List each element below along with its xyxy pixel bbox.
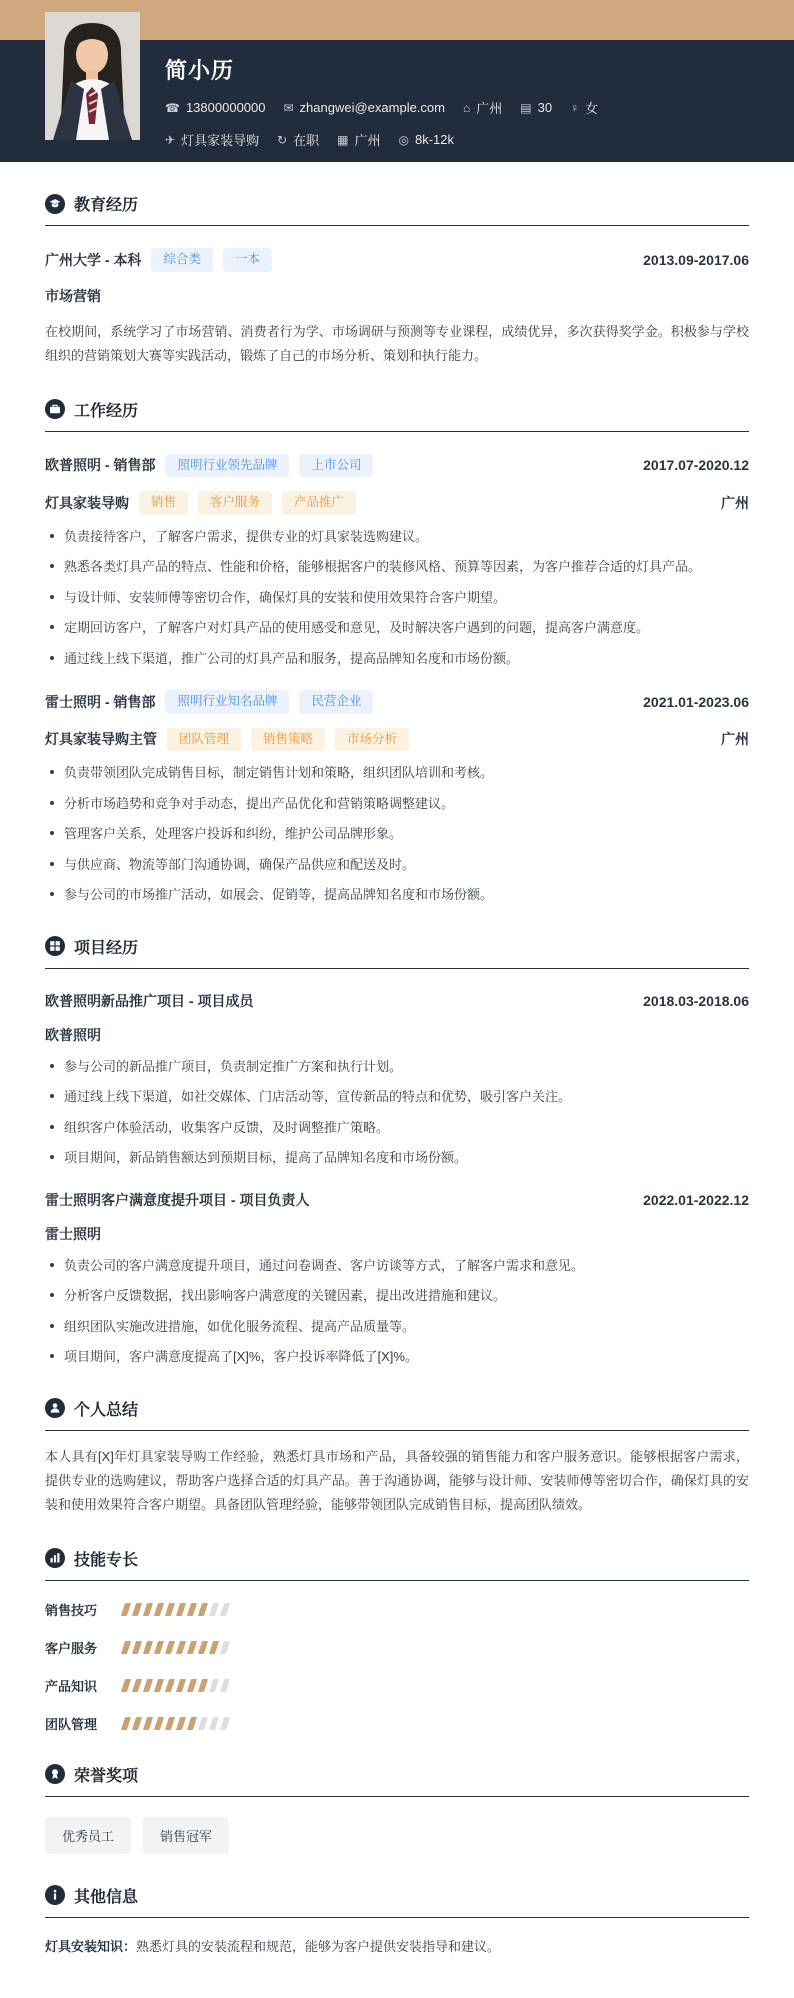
skill-segment	[209, 1603, 219, 1616]
education-section-header: 教育经历	[45, 192, 749, 226]
contact-gender: ♀ 女	[570, 98, 598, 117]
skill-segment	[154, 1717, 164, 1730]
section-education: 教育经历 广州大学 - 本科 综合类 一本 2013.09-2017.06 市场…	[45, 192, 749, 368]
project-date: 2022.01-2022.12	[643, 1192, 749, 1208]
skill-segment	[198, 1641, 208, 1654]
skill-row: 销售技巧	[45, 1600, 749, 1619]
company-tag: 上市公司	[299, 454, 373, 478]
project-bullet: 分析客户反馈数据，找出影响客户满意度的关键因素，提出改进措施和建议。	[45, 1286, 749, 1306]
contact-email: ✉ zhangwei@example.com	[283, 100, 445, 115]
skill-segment	[121, 1717, 131, 1730]
education-section-title: 教育经历	[74, 192, 138, 215]
skill-segment	[121, 1641, 131, 1654]
other-section-header: 其他信息	[45, 1884, 749, 1918]
education-date: 2013.09-2017.06	[643, 252, 749, 268]
skill-segment	[121, 1679, 131, 1692]
skill-segment	[132, 1717, 142, 1730]
skill-segment	[165, 1679, 175, 1692]
skill-segment	[154, 1679, 164, 1692]
education-major-row: 市场营销	[45, 286, 749, 306]
job-bullet: 与设计师、安装师傅等密切合作，确保灯具的安装和使用效果符合客户期望。	[45, 588, 749, 608]
summary-text: 本人具有[X]年灯具家装导购工作经验，熟悉灯具市场和产品，具备较强的销售能力和客…	[45, 1445, 749, 1517]
job-entry-header: 雷士照明 - 销售部 照明行业知名品牌 民营企业 2021.01-2023.06	[45, 690, 749, 714]
job-position-row: 灯具家装导购 销售 客户服务 产品推广 广州	[45, 491, 749, 515]
grid-icon	[45, 936, 65, 956]
skill-segment	[132, 1603, 142, 1616]
skill-row: 团队管理	[45, 1714, 749, 1733]
skill-segment	[198, 1679, 208, 1692]
job-date: 2021.01-2023.06	[643, 694, 749, 710]
skill-segment	[165, 1641, 175, 1654]
company-name: 雷士照明 - 销售部	[45, 692, 155, 712]
skill-segment	[154, 1641, 164, 1654]
phone-icon: ☎	[165, 101, 180, 115]
skill-segment	[176, 1679, 186, 1692]
skill-name: 销售技巧	[45, 1600, 113, 1619]
honors-section-header: 荣誉奖项	[45, 1763, 749, 1797]
company-tag: 照明行业知名品牌	[165, 690, 289, 714]
skill-segment	[176, 1717, 186, 1730]
skill-segment	[209, 1717, 219, 1730]
person-icon	[45, 1398, 65, 1418]
skill-segment	[209, 1641, 219, 1654]
other-info-label: 灯具安装知识：	[45, 1939, 136, 1954]
phone-value: 13800000000	[186, 100, 266, 115]
briefcase-icon	[45, 399, 65, 419]
project-company-row: 雷士照明	[45, 1224, 749, 1244]
skill-segment	[143, 1603, 153, 1616]
job-location: 广州	[721, 493, 749, 513]
candidate-name: 简小历	[165, 54, 749, 85]
skill-name: 客户服务	[45, 1638, 113, 1657]
skill-segment	[220, 1641, 230, 1654]
job-bullet: 与供应商、物流等部门沟通协调，确保产品供应和配送及时。	[45, 855, 749, 875]
job-entry-header: 欧普照明 - 销售部 照明行业领先品牌 上市公司 2017.07-2020.12	[45, 454, 749, 478]
skill-segment	[154, 1603, 164, 1616]
project-name: 雷士照明客户满意度提升项目 - 项目负责人	[45, 1190, 309, 1210]
contact-position: ✈ 灯具家装导购	[165, 130, 259, 149]
honor-tag: 销售冠军	[143, 1817, 229, 1854]
section-projects: 项目经历 欧普照明新品推广项目 - 项目成员 2018.03-2018.06 欧…	[45, 935, 749, 1367]
summary-section-header: 个人总结	[45, 1397, 749, 1431]
education-entry-header: 广州大学 - 本科 综合类 一本 2013.09-2017.06	[45, 248, 749, 272]
contact-city: ⌂ 广州	[463, 98, 502, 117]
resume-body: 教育经历 广州大学 - 本科 综合类 一本 2013.09-2017.06 市场…	[0, 192, 794, 1998]
honors-section-title: 荣誉奖项	[74, 1763, 138, 1786]
contact-age: ▤ 30	[520, 100, 552, 115]
contact-salary: ◎ 8k-12k	[399, 132, 455, 147]
salary-value: 8k-12k	[415, 132, 454, 147]
section-summary: 个人总结 本人具有[X]年灯具家装导购工作经验，熟悉灯具市场和产品，具备较强的销…	[45, 1397, 749, 1517]
position-tag: 产品推广	[282, 491, 356, 515]
company-tag: 民营企业	[299, 690, 373, 714]
skill-level-bar	[123, 1717, 228, 1730]
skill-segment	[220, 1603, 230, 1616]
company-tag: 照明行业领先品牌	[165, 454, 289, 478]
skill-segment	[187, 1679, 197, 1692]
major: 市场营销	[45, 286, 101, 306]
email-icon: ✉	[283, 101, 293, 115]
position-icon: ✈	[165, 133, 175, 147]
skill-segment	[220, 1717, 230, 1730]
position-tag: 团队管理	[167, 728, 241, 752]
other-info-text: 熟悉灯具的安装流程和规范，能够为客户提供安装指导和建议。	[136, 1939, 500, 1954]
project-name: 欧普照明新品推广项目 - 项目成员	[45, 991, 253, 1011]
project-entry-header: 欧普照明新品推广项目 - 项目成员 2018.03-2018.06	[45, 991, 749, 1011]
skill-segment	[165, 1717, 175, 1730]
position-title: 灯具家装导购主管	[45, 729, 157, 749]
section-other: 其他信息 灯具安装知识：熟悉灯具的安装流程和规范，能够为客户提供安装指导和建议。	[45, 1884, 749, 1958]
job-date: 2017.07-2020.12	[643, 457, 749, 473]
resume-header: 简小历 ☎ 13800000000 ✉ zhangwei@example.com…	[0, 40, 794, 162]
project-bullet: 组织客户体验活动，收集客户反馈，及时调整推广策略。	[45, 1118, 749, 1138]
project-bullet: 负责公司的客户满意度提升项目，通过问卷调查、客户访谈等方式，了解客户需求和意见。	[45, 1256, 749, 1276]
skill-segment	[198, 1717, 208, 1730]
job-position-row: 灯具家装导购主管 团队管理 销售策略 市场分析 广州	[45, 728, 749, 752]
home-icon: ⌂	[463, 101, 470, 115]
section-work: 工作经历 欧普照明 - 销售部 照明行业领先品牌 上市公司 2017.07-20…	[45, 398, 749, 905]
job-bullet: 负责接待客户，了解客户需求，提供专业的灯具家装选购建议。	[45, 527, 749, 547]
project-entry-header: 雷士照明客户满意度提升项目 - 项目负责人 2022.01-2022.12	[45, 1190, 749, 1210]
skill-segment	[198, 1603, 208, 1616]
skill-segment	[187, 1717, 197, 1730]
project-company-row: 欧普照明	[45, 1025, 749, 1045]
skill-segment	[132, 1679, 142, 1692]
skill-segment	[220, 1679, 230, 1692]
section-honors: 荣誉奖项 优秀员工 销售冠军	[45, 1763, 749, 1854]
other-section-title: 其他信息	[74, 1884, 138, 1907]
project-bullet-list: 负责公司的客户满意度提升项目，通过问卷调查、客户访谈等方式，了解客户需求和意见。…	[45, 1256, 749, 1367]
skills-section-header: 技能专长	[45, 1547, 749, 1581]
city-value: 广州	[476, 98, 502, 117]
project-company: 雷士照明	[45, 1224, 101, 1244]
graduation-cap-icon	[45, 194, 65, 214]
other-info-line: 灯具安装知识：熟悉灯具的安装流程和规范，能够为客户提供安装指导和建议。	[45, 1936, 749, 1958]
bar-chart-icon	[45, 1548, 65, 1568]
skill-level-bar	[123, 1679, 228, 1692]
position-tag: 客户服务	[198, 491, 272, 515]
project-bullet: 项目期间，客户满意度提高了[X]%，客户投诉率降低了[X]%。	[45, 1347, 749, 1367]
project-bullet: 组织团队实施改进措施，如优化服务流程、提高产品质量等。	[45, 1317, 749, 1337]
contact-status: ↻ 在职	[277, 130, 319, 149]
skill-segment	[143, 1717, 153, 1730]
skill-segment	[176, 1603, 186, 1616]
summary-section-title: 个人总结	[74, 1397, 138, 1420]
skill-name: 团队管理	[45, 1714, 113, 1733]
job-bullet: 分析市场趋势和竞争对手动态，提出产品优化和营销策略调整建议。	[45, 794, 749, 814]
job-bullet: 通过线上线下渠道，推广公司的灯具产品和服务，提高品牌知名度和市场份额。	[45, 649, 749, 669]
age-icon: ▤	[520, 101, 531, 115]
company-city-value: 广州	[355, 130, 381, 149]
honor-tag: 优秀员工	[45, 1817, 131, 1854]
job-bullet-list: 负责接待客户，了解客户需求，提供专业的灯具家装选购建议。 熟悉各类灯具产品的特点…	[45, 527, 749, 669]
contact-row-1: ☎ 13800000000 ✉ zhangwei@example.com ⌂ 广…	[165, 98, 749, 117]
profile-photo	[45, 12, 140, 140]
section-skills: 技能专长 销售技巧 客户服务 产品知识 团队管理	[45, 1547, 749, 1733]
job-bullet-list: 负责带领团队完成销售目标，制定销售计划和策略，组织团队培训和考核。 分析市场趋势…	[45, 763, 749, 905]
skill-segment	[132, 1641, 142, 1654]
skill-row: 产品知识	[45, 1676, 749, 1695]
project-bullet-list: 参与公司的新品推广项目，负责制定推广方案和执行计划。 通过线上线下渠道，如社交媒…	[45, 1057, 749, 1168]
skill-segment	[209, 1679, 219, 1692]
job-bullet: 管理客户关系，处理客户投诉和纠纷，维护公司品牌形象。	[45, 824, 749, 844]
skill-row: 客户服务	[45, 1638, 749, 1657]
position-tag: 销售策略	[251, 728, 325, 752]
status-icon: ↻	[277, 133, 287, 147]
projects-section-title: 项目经历	[74, 935, 138, 958]
resume-page: 简小历 ☎ 13800000000 ✉ zhangwei@example.com…	[0, 0, 794, 1998]
skill-level-bar	[123, 1641, 228, 1654]
info-icon	[45, 1885, 65, 1905]
work-section-header: 工作经历	[45, 398, 749, 432]
skill-segment	[121, 1603, 131, 1616]
job-bullet: 负责带领团队完成销售目标，制定销售计划和策略，组织团队培训和考核。	[45, 763, 749, 783]
building-icon: ▦	[337, 133, 348, 147]
contact-row-2: ✈ 灯具家装导购 ↻ 在职 ▦ 广州 ◎ 8k-12k	[165, 130, 749, 149]
email-value: zhangwei@example.com	[300, 100, 445, 115]
skill-segment	[187, 1641, 197, 1654]
contact-phone: ☎ 13800000000	[165, 100, 265, 115]
position-value: 灯具家装导购	[181, 130, 259, 149]
contact-company-city: ▦ 广州	[337, 130, 380, 149]
skill-segment	[143, 1641, 153, 1654]
school-tag: 综合类	[151, 248, 213, 272]
position-tag: 销售	[139, 491, 188, 515]
project-bullet: 通过线上线下渠道，如社交媒体、门店活动等，宣传新品的特点和优势，吸引客户关注。	[45, 1087, 749, 1107]
education-description: 在校期间，系统学习了市场营销、消费者行为学、市场调研与预测等专业课程，成绩优异，…	[45, 320, 749, 368]
project-date: 2018.03-2018.06	[643, 993, 749, 1009]
job-location: 广州	[721, 729, 749, 749]
position-tag: 市场分析	[335, 728, 409, 752]
gender-icon: ♀	[570, 101, 579, 115]
status-value: 在职	[293, 130, 319, 149]
project-company: 欧普照明	[45, 1025, 101, 1045]
skill-segment	[165, 1603, 175, 1616]
work-section-title: 工作经历	[74, 398, 138, 421]
job-bullet: 参与公司的市场推广活动，如展会、促销等，提高品牌知名度和市场份额。	[45, 885, 749, 905]
skill-name: 产品知识	[45, 1676, 113, 1695]
skill-segment	[176, 1641, 186, 1654]
skill-segment	[187, 1603, 197, 1616]
salary-icon: ◎	[399, 133, 409, 147]
project-bullet: 项目期间，新品销售额达到预期目标，提高了品牌知名度和市场份额。	[45, 1148, 749, 1168]
job-bullet: 定期回访客户，了解客户对灯具产品的使用感受和意见，及时解决客户遇到的问题，提高客…	[45, 618, 749, 638]
position-title: 灯具家装导购	[45, 493, 129, 513]
company-name: 欧普照明 - 销售部	[45, 455, 155, 475]
school-degree: 广州大学 - 本科	[45, 250, 141, 270]
school-tag: 一本	[223, 248, 272, 272]
project-bullet: 参与公司的新品推广项目，负责制定推广方案和执行计划。	[45, 1057, 749, 1077]
job-bullet: 熟悉各类灯具产品的特点、性能和价格，能够根据客户的装修风格、预算等因素，为客户推…	[45, 557, 749, 577]
profile-photo-illustration	[45, 12, 140, 140]
honor-tag-list: 优秀员工 销售冠军	[45, 1817, 749, 1854]
skills-section-title: 技能专长	[74, 1547, 138, 1570]
projects-section-header: 项目经历	[45, 935, 749, 969]
skill-level-bar	[123, 1603, 228, 1616]
age-value: 30	[538, 100, 552, 115]
skill-segment	[143, 1679, 153, 1692]
award-medal-icon	[45, 1764, 65, 1784]
gender-value: 女	[585, 98, 598, 117]
